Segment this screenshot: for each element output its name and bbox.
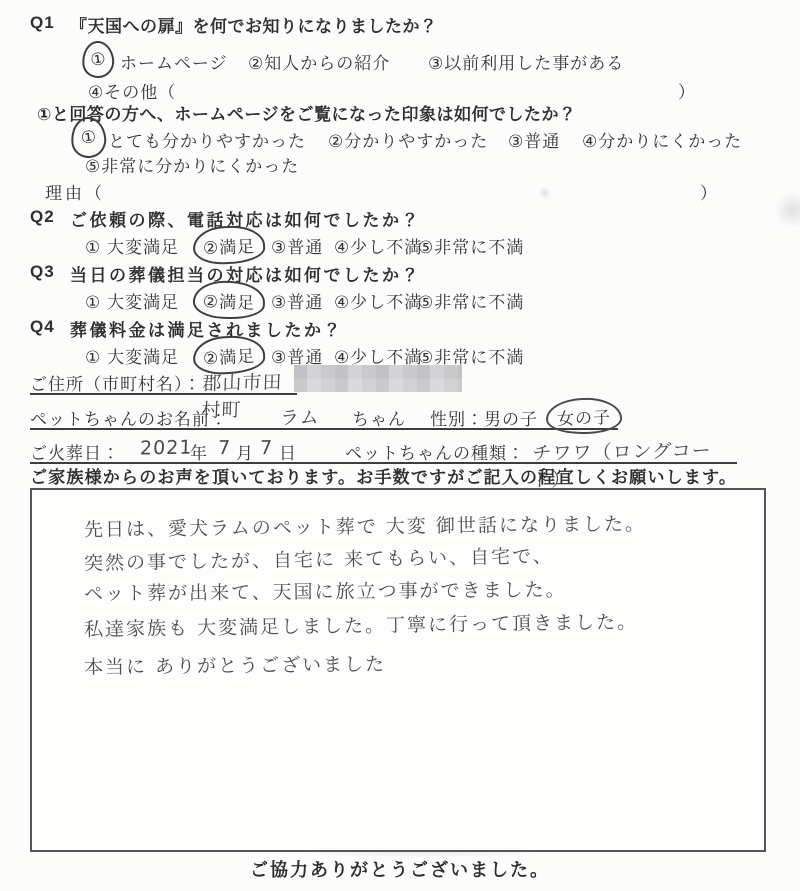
q3-option1: ① 大変満足 <box>85 288 179 313</box>
footer-thanks: ご協力ありがとうございました。 <box>0 856 800 882</box>
comment-box: 先日は、愛犬ラムのペット葬で 大変 御世話になりました。 突然の事でしたが、自宅… <box>30 488 766 852</box>
q3-question: 当日の葬儀担当の対応は如何でしたか？ <box>70 261 421 286</box>
pet-name-handwritten-value: ラム <box>280 403 321 431</box>
q1-sub-option1-number: ① <box>80 127 97 148</box>
q3-option3: ③普通 <box>271 288 323 313</box>
q3-option4: ④少し不満 <box>334 288 422 313</box>
cremation-month-handwritten: 7 <box>218 437 232 459</box>
q1-sub-option5: ⑤非常に分かりにくかった <box>85 152 299 177</box>
pet-name-field-row: ペットちゃんのお名前： ラム ちゃん 性別：男の子 女の子 <box>30 403 618 430</box>
q1-option1-label: ホームページ <box>120 49 228 74</box>
q3-option2-selected: ②満足 <box>202 287 255 314</box>
q1-sub-option2: ②分かりやすかった <box>328 127 488 152</box>
q3-id: Q3 <box>30 262 55 282</box>
address-field-row: ご住所（市町村名）： 郡山市田村町 <box>30 368 297 395</box>
gender-female-selected: 女の子 <box>557 403 612 430</box>
q2-option4: ④少し不満 <box>334 233 422 258</box>
q4-question: 葬儀料金は満足されましたか？ <box>70 316 343 341</box>
q1-option3: ③以前利用した事がある <box>428 49 624 74</box>
q3-option5: ⑤非常に不満 <box>418 288 524 313</box>
month-unit: 月 <box>236 439 254 464</box>
address-label: ご住所（市町村名）： <box>30 370 202 395</box>
cremation-day-handwritten: 7 <box>260 437 274 459</box>
q1-sub-question: ①と回答の方へ、ホームページをご覧になった印象は如何でしたか？ <box>37 100 577 125</box>
comment-line: 先日は、愛犬ラムのペット葬で 大変 御世話になりました。 <box>84 509 646 542</box>
q2-option5: ⑤非常に不満 <box>418 233 524 258</box>
hand-circle-mark: ②満足 <box>192 225 265 265</box>
q1-sub-option1-label: とても分かりやすかった <box>108 127 306 152</box>
privacy-redaction-block <box>294 365 462 392</box>
q1-question: 『天国への扉』を何でお知りになりましたか？ <box>70 12 438 37</box>
year-unit: 年 <box>190 439 208 464</box>
cremation-date-label: ご火葬日： <box>30 439 120 464</box>
pet-name-suffix: ちゃん <box>352 405 406 430</box>
gender-label: 性別：男の子 <box>430 405 538 430</box>
comment-line: ペット葬が出来て、天国に旅立つ事ができました。 <box>84 575 567 606</box>
q1-option2: ②知人からの紹介 <box>248 49 390 74</box>
comment-line: 私達家族も 大変満足しました。丁寧に行って頂きました。 <box>84 607 638 642</box>
q1-option4-close-paren: ） <box>678 78 695 103</box>
q1-sub-option4: ④分かりにくかった <box>582 127 742 152</box>
q4-option1: ① 大変満足 <box>85 343 179 368</box>
q2-option3: ③普通 <box>271 233 323 258</box>
species-label: ペットちゃんの種類： <box>345 439 525 464</box>
q1-sub-option3: ③普通 <box>508 127 560 152</box>
hand-circle-mark: 女の子 <box>545 397 622 436</box>
q2-id: Q2 <box>30 207 55 227</box>
survey-scan-page: Q1 『天国への扉』を何でお知りになりましたか？ ① ホームページ ②知人からの… <box>0 0 800 891</box>
comment-line: 本当に ありがとうございました <box>84 649 386 679</box>
comment-line: 突然の事でしたが、自宅に 来てもらい、自宅で、 <box>84 541 554 575</box>
hand-circle-mark: ① <box>80 39 116 79</box>
q1-option1-number: ① <box>89 49 106 70</box>
pet-name-label: ペットちゃんのお名前： <box>30 405 228 430</box>
q1-id: Q1 <box>30 13 55 33</box>
q2-option2-selected: ②満足 <box>202 232 255 259</box>
q4-option2-selected: ②満足 <box>202 341 255 369</box>
reason-label: 理由（ <box>45 179 105 204</box>
family-note: ご家族様からのお声を頂いております。お手数ですがご記入の程宜しくお願いします。 <box>30 463 737 488</box>
cremation-field-row: ご火葬日： 2021 年 7 月 7 日 ペットちゃんの種類： チワワ（ロングコ… <box>30 437 737 464</box>
cremation-year-handwritten: 2021 <box>140 437 193 460</box>
day-unit: 日 <box>279 439 297 464</box>
q4-id: Q4 <box>30 317 55 337</box>
q2-option1: ① 大変満足 <box>85 233 179 258</box>
reason-close-paren: ） <box>700 179 717 204</box>
